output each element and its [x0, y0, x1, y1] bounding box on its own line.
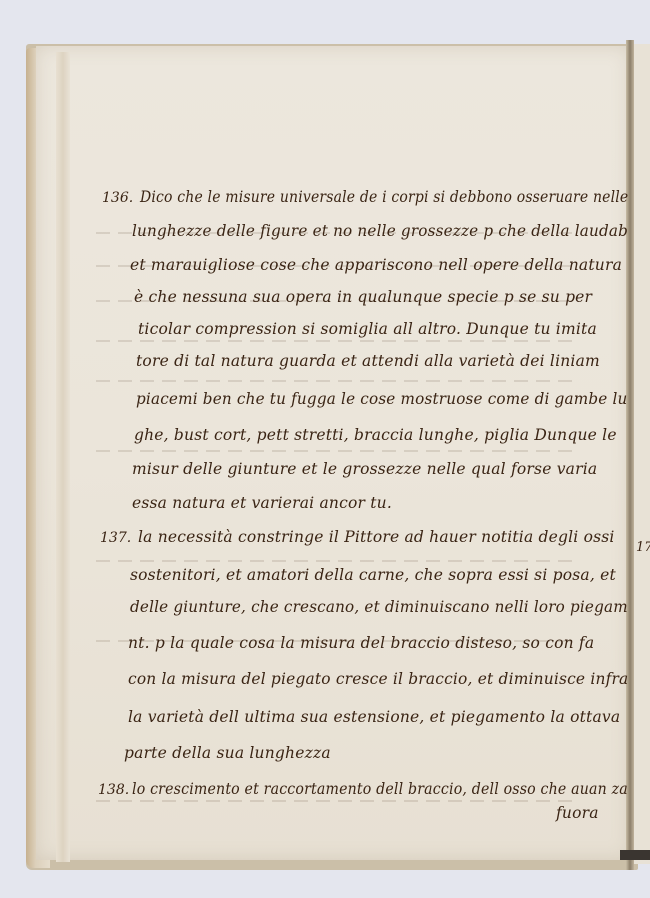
text-line: con la misura del piegato cresce il brac… [128, 670, 628, 688]
text-line: essa natura et varierai ancor tu. [132, 494, 392, 512]
text-line: et marauigliose cose che appariscono nel… [130, 256, 622, 274]
text-line: la necessità constringe il Pittore ad ha… [138, 528, 615, 546]
text-line: la varietà dell ultima sua estensione, e… [128, 708, 620, 726]
text-line: lo crescimento et raccortamento dell bra… [132, 780, 628, 798]
facing-page-edge [634, 44, 650, 864]
text-line: piacemi ben che tu fugga le cose mostruo… [136, 390, 628, 408]
paragraph-number: 136. [102, 190, 133, 206]
page-edge-inner [56, 52, 70, 862]
bleed-through [96, 340, 576, 342]
text-line: Dico che le misure universale de i corpi… [140, 188, 628, 206]
text-line: è che nessuna sua opera in qualunque spe… [134, 288, 592, 306]
text-line: delle giunture, che crescano, et diminui… [130, 598, 628, 616]
text-line: fuora [556, 804, 599, 822]
text-line: parte della sua lunghezza [124, 744, 331, 762]
book-cover-edge [620, 850, 650, 860]
bleed-through [96, 450, 576, 452]
paragraph-number: 138. [98, 782, 129, 798]
bleed-through [96, 380, 576, 382]
text-line: ticolar compression si somiglia all altr… [138, 320, 597, 338]
text-line: tore di tal natura guarda et attendi all… [136, 352, 600, 370]
paragraph-number: 137. [100, 530, 131, 546]
bleed-through [96, 560, 576, 562]
text-line: nt. p la quale cosa la misura del bracci… [128, 634, 594, 652]
manuscript-page [36, 46, 630, 860]
text-line: ghe, bust cort, pett stretti, braccia lu… [134, 426, 617, 444]
text-line: lunghezze delle figure et no nelle gross… [132, 222, 628, 240]
bleed-through [96, 800, 576, 802]
book-spine [626, 40, 634, 870]
facing-page-number: 17 [636, 540, 650, 555]
text-line: misur delle giunture et le grossezze nel… [132, 460, 597, 478]
text-line: sostenitori, et amatori della carne, che… [130, 566, 616, 584]
